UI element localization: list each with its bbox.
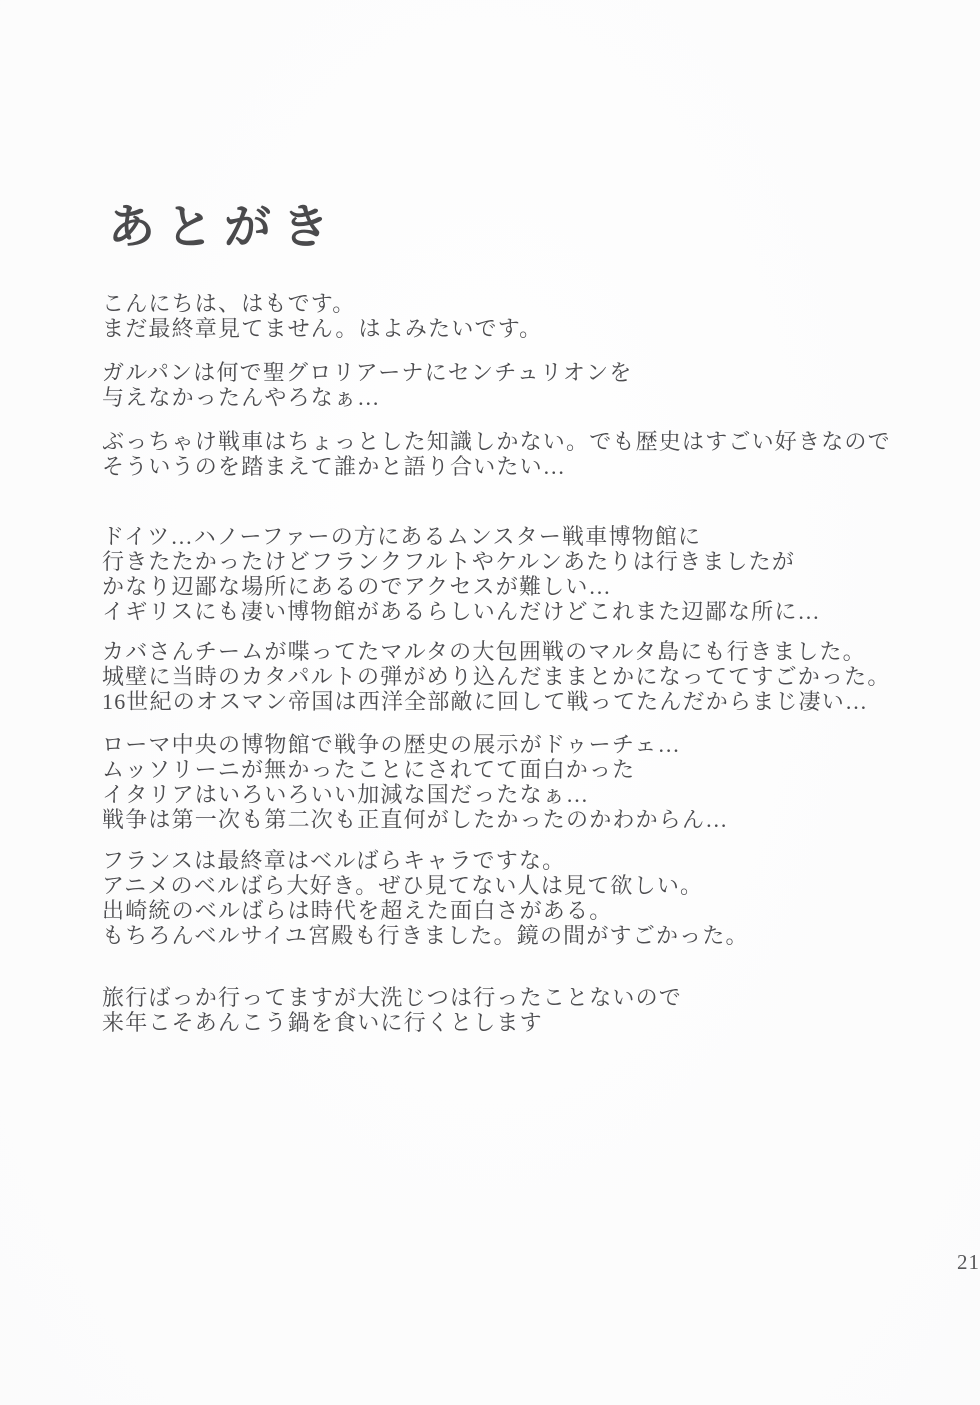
afterword-paragraph-rome: ローマ中央の博物館で戦争の歴史の展示がドゥーチェ… ムッソリーニが無かったことに… bbox=[102, 732, 728, 832]
afterword-paragraph-oarai: 旅行ばっか行ってますが大洗じつは行ったことないので 来年こそあんこう鍋を食いに行… bbox=[102, 985, 682, 1035]
text-line: ガルパンは何で聖グロリアーナにセンチュリオンを bbox=[102, 360, 633, 385]
text-line: アニメのベルばら大好き。ぜひ見てない人は見て欲しい。 bbox=[102, 873, 749, 898]
page-title: あとがき bbox=[108, 190, 340, 257]
text-line: 旅行ばっか行ってますが大洗じつは行ったことないので bbox=[102, 985, 682, 1010]
page-number: 21 bbox=[957, 1250, 980, 1275]
text-line: そういうのを踏まえて誰かと語り合いたい… bbox=[102, 454, 891, 479]
text-line: もちろんベルサイユ宮殿も行きました。鏡の間がすごかった。 bbox=[102, 923, 749, 948]
text-line: イギリスにも凄い博物館があるらしいんだけどこれまた辺鄙な所に… bbox=[102, 599, 821, 624]
text-line: イタリアはいろいろいい加減な国だったなぁ… bbox=[102, 782, 728, 807]
text-line: こんにちは、はもです。 bbox=[102, 291, 542, 316]
text-line: 出崎統のベルばらは時代を超えた面白さがある。 bbox=[102, 898, 749, 923]
scanned-afterword-page: あとがき こんにちは、はもです。 まだ最終章見てません。はよみたいです。 ガルパ… bbox=[0, 0, 980, 1405]
afterword-paragraph-malta: カバさんチームが喋ってたマルタの大包囲戦のマルタ島にも行きました。 城壁に当時の… bbox=[102, 639, 891, 714]
afterword-paragraph-garupan: ガルパンは何で聖グロリアーナにセンチュリオンを 与えなかったんやろなぁ… bbox=[102, 360, 633, 410]
afterword-paragraph-history: ぶっちゃけ戦車はちょっとした知識しかない。でも歴史はすごい好きなので そういうの… bbox=[102, 429, 891, 479]
text-line: ムッソリーニが無かったことにされてて面白かった bbox=[102, 757, 728, 782]
text-line: 城壁に当時のカタパルトの弾がめり込んだままとかになっててすごかった。 bbox=[102, 664, 891, 689]
afterword-paragraph-greeting: こんにちは、はもです。 まだ最終章見てません。はよみたいです。 bbox=[102, 291, 542, 341]
text-line: カバさんチームが喋ってたマルタの大包囲戦のマルタ島にも行きました。 bbox=[102, 639, 891, 664]
text-line: 与えなかったんやろなぁ… bbox=[102, 385, 633, 410]
text-line: 戦争は第一次も第二次も正直何がしたかったのかわからん… bbox=[102, 807, 728, 832]
text-line: まだ最終章見てません。はよみたいです。 bbox=[102, 316, 542, 341]
text-line: かなり辺鄙な場所にあるのでアクセスが難しい… bbox=[102, 574, 821, 599]
text-line: 行きたたかったけどフランクフルトやケルンあたりは行きましたが bbox=[102, 549, 821, 574]
afterword-paragraph-germany: ドイツ…ハノーファーの方にあるムンスター戦車博物館に 行きたたかったけどフランク… bbox=[102, 524, 821, 624]
text-line: ドイツ…ハノーファーの方にあるムンスター戦車博物館に bbox=[102, 524, 821, 549]
afterword-paragraph-france: フランスは最終章はベルばらキャラですな。 アニメのベルばら大好き。ぜひ見てない人… bbox=[102, 848, 749, 948]
text-line: 来年こそあんこう鍋を食いに行くとします bbox=[102, 1010, 682, 1035]
text-line: ローマ中央の博物館で戦争の歴史の展示がドゥーチェ… bbox=[102, 732, 728, 757]
text-line: ぶっちゃけ戦車はちょっとした知識しかない。でも歴史はすごい好きなので bbox=[102, 429, 891, 454]
text-line: 16世紀のオスマン帝国は西洋全部敵に回して戦ってたんだからまじ凄い… bbox=[102, 689, 891, 714]
text-line: フランスは最終章はベルばらキャラですな。 bbox=[102, 848, 749, 873]
